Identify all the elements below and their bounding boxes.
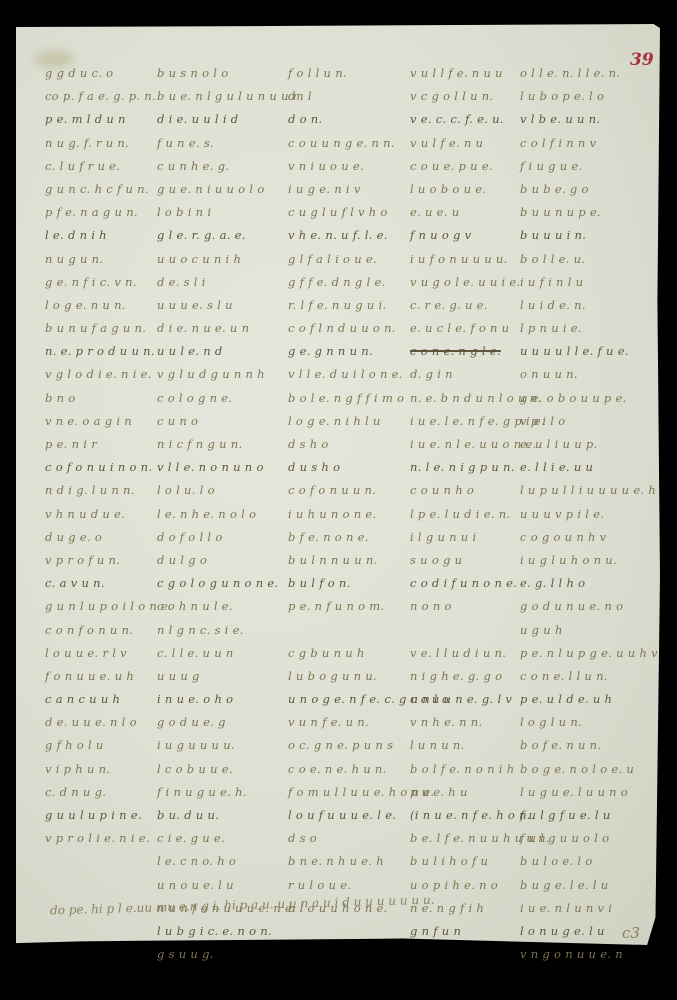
word-entry: p e. u l d e. u h [520, 688, 658, 711]
word-entry: v l b e. u u n. [520, 108, 658, 131]
word-entry: e. u l i u u p. [520, 433, 658, 456]
word-entry: b u g e. l e. l u [520, 874, 658, 897]
word-entry: g g d u c. o [45, 62, 172, 85]
word-entry: e. l l i e. u u [520, 456, 658, 479]
word-entry: o n u u n. [520, 363, 658, 386]
word-entry: f i u g u e. [520, 155, 658, 178]
word-entry: b o f e. n u n. [520, 734, 658, 757]
word-entry: l o g l u n. [520, 711, 658, 734]
word-entry: l u b o p e. l o [520, 85, 658, 108]
word-entry: b u u n u p e. [520, 201, 658, 224]
word-entry: c. d n u g. [45, 781, 172, 804]
word-entry: b o l l e. u. [520, 248, 658, 271]
word-entry: c o n f o n u n. [45, 619, 172, 642]
word-entry: g f h o l u [45, 734, 172, 757]
word-entry: l e. d n i h [45, 224, 172, 247]
word-entry: g e. o b o u u p e. [520, 387, 658, 410]
word-entry: p e. n l u p g e. u u h v [520, 642, 658, 665]
word-entry: i u e. n l u n v i [520, 897, 658, 920]
word-entry: v p i l o [520, 410, 658, 433]
word-entry: v h n u d u e. [45, 503, 172, 526]
word-entry: c a n c u u h [45, 688, 172, 711]
word-entry: f u l g f u e. l u [520, 804, 658, 827]
word-entry: v g l o d i e. n i e. [45, 363, 172, 386]
word-entry: i u f i n l u [520, 271, 658, 294]
word-entry: l o n u g e. l u [520, 920, 658, 943]
word-entry: g s u u g. [157, 943, 312, 966]
word-entry: v p r o f u n. [45, 549, 172, 572]
word-entry: d u g e. o [45, 526, 172, 549]
word-entry: u u u u l l e. f u e. [520, 340, 658, 363]
word-column-5: o l l e. n. l l e. n.l u b o p e. l ov l… [520, 62, 658, 966]
word-entry: l u p u l l i u u u u e. h [520, 479, 658, 502]
word-entry: n u g. f. r u n. [45, 132, 172, 155]
word-entry: c o n e. l l u n. [520, 665, 658, 688]
word-entry: l p n u i e. [520, 317, 658, 340]
word-entry: n. e. p r o d u u n. [45, 340, 172, 363]
word-entry: n u g u n. [45, 248, 172, 271]
word-entry: i u g l u h o n u. [520, 549, 658, 572]
word-entry: f o n u u e. u h [45, 665, 172, 688]
word-entry: b u b e. g o [520, 178, 658, 201]
word-entry: l u b g i c. e. n o n. [157, 920, 312, 943]
word-entry: e. g. l l h o [520, 572, 658, 595]
word-entry: o l l e. n. l l e. n. [520, 62, 658, 85]
word-entry: g o d u n u e. n o [520, 595, 658, 618]
word-entry: l u i d e. n. [520, 294, 658, 317]
word-column-1: g g d u c. oco p. f a e. g. p. n.p e. m … [45, 62, 172, 850]
word-entry: b u n u f a g u n. [45, 317, 172, 340]
word-entry: n d i g. l u n n. [45, 479, 172, 502]
word-entry: u u u v p i l e. [520, 503, 658, 526]
word-entry: b u l o e. l o [520, 850, 658, 873]
word-entry: g u u l u p i n e. [45, 804, 172, 827]
word-entry: co p. f a e. g. p. n. [45, 85, 172, 108]
word-entry: c o l f i n n v [520, 132, 658, 155]
word-entry: g e. n f i c. v n. [45, 271, 172, 294]
word-entry: c. a v u n. [45, 572, 172, 595]
word-entry: l u g u e. l u u n o [520, 781, 658, 804]
word-entry: g u n l u p o i l o n e. [45, 595, 172, 618]
word-entry: p e. n i r [45, 433, 172, 456]
word-entry: f u l g u u o l o [520, 827, 658, 850]
word-entry: l o g e. n u n. [45, 294, 172, 317]
word-entry: b o g e. n o l o e. u [520, 758, 658, 781]
word-entry: v i p h u n. [45, 758, 172, 781]
word-entry: b n o [45, 387, 172, 410]
word-entry: v n g o n u u e. n [520, 943, 658, 966]
word-entry: d e. u u e. n l o [45, 711, 172, 734]
word-entry: c o g o u n h v [520, 526, 658, 549]
word-entry: c o f o n u i n o n. [45, 456, 172, 479]
word-entry: b u u u i n. [520, 224, 658, 247]
word-entry: g u n c. h c f u n. [45, 178, 172, 201]
word-entry: c. l u f r u e. [45, 155, 172, 178]
word-entry: v n e. o a g i n [45, 410, 172, 433]
word-entry: p e. m l d u n [45, 108, 172, 131]
word-entry: u g u h [520, 619, 658, 642]
word-entry: v p r o l i e. n i e. [45, 827, 172, 850]
word-entry: p f e. n a g u n. [45, 201, 172, 224]
word-entry: l o u u e. r l v [45, 642, 172, 665]
